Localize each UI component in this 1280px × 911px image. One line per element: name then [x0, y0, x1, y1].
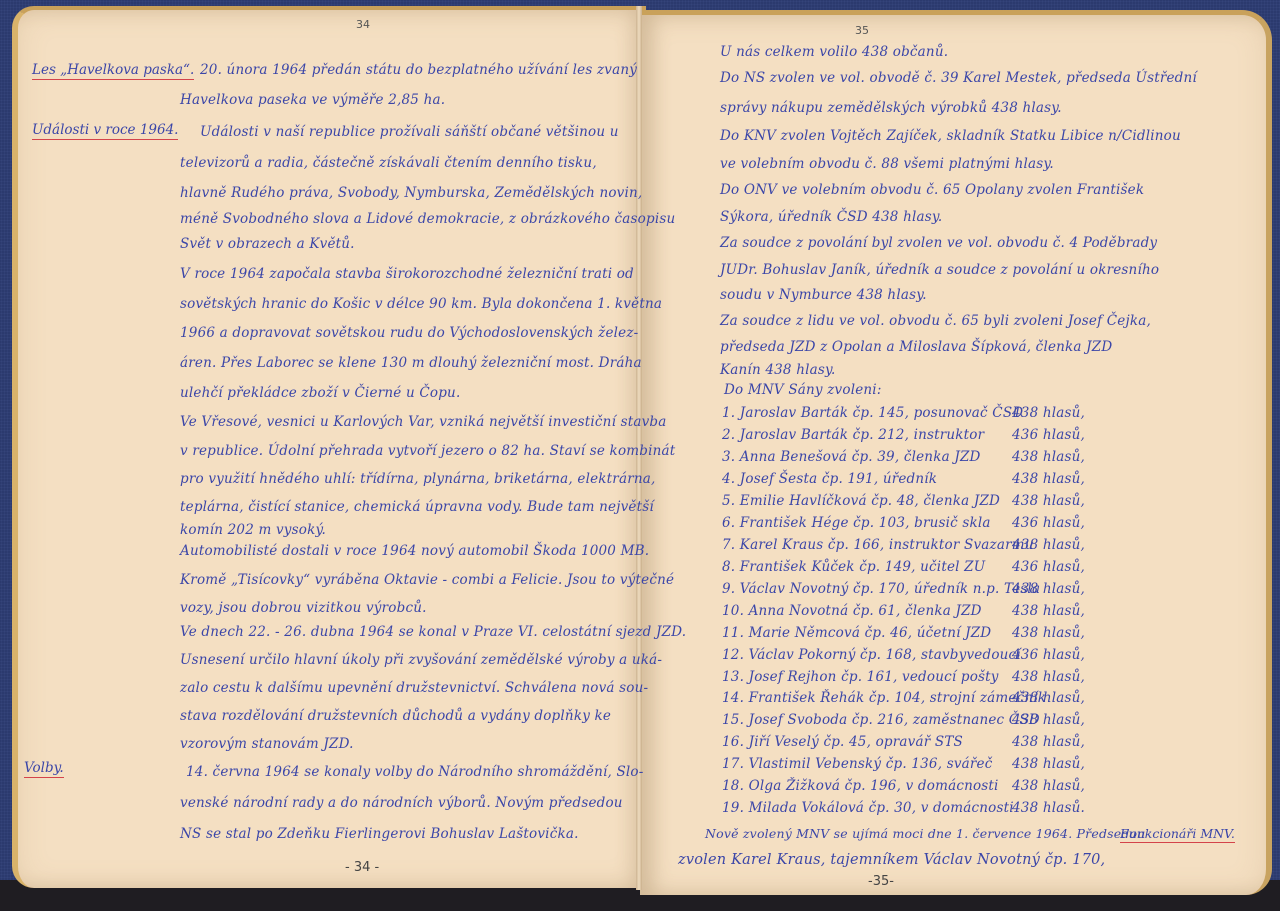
list-item: 17. Vlastimil Vebenský čp. 136, svářeč [722, 756, 993, 772]
votes: 438 hlasů, [1012, 669, 1085, 685]
text-line: Havelkova paseka ve výměře 2,85 ha. [180, 92, 445, 108]
votes: 436 hlasů, [1012, 427, 1085, 443]
text-line: komín 202 m vysoký. [180, 522, 326, 538]
text-line: Do KNV zvolen Vojtěch Zajíček, skladník … [720, 128, 1181, 144]
text-line: venské národní rady a do národních výbor… [180, 795, 623, 811]
list-item: 13. Josef Rejhon čp. 161, vedoucí pošty [722, 669, 999, 685]
text-line: televizorů a radia, částečně získávali č… [180, 155, 597, 171]
text-line: správy nákupu zemědělských výrobků 438 h… [720, 100, 1062, 116]
text-line: Události v naší republice prožívali sáňš… [200, 124, 619, 140]
text-line: Do ONV ve volebním obvodu č. 65 Opolany … [720, 182, 1144, 198]
votes: 438 hlasů, [1012, 581, 1085, 597]
text-line: ulehčí překládce zboží v Čierné u Čopu. [180, 385, 460, 401]
text-line: Nově zvolený MNV se ujímá moci dne 1. če… [705, 826, 1146, 841]
votes: 438 hlasů, [1012, 734, 1085, 750]
text-line: V roce 1964 započala stavba širokorozcho… [180, 266, 634, 282]
votes: 438 hlasů, [1012, 690, 1085, 706]
list-item: 18. Olga Žižková čp. 196, v domácnosti [722, 778, 999, 794]
list-item: 5. Emilie Havlíčková čp. 48, členka JZD [722, 493, 1000, 509]
text-line: vzorovým stanovám JZD. [180, 736, 354, 752]
list-item: 1. Jaroslav Barták čp. 145, posunovač ČS… [722, 405, 1023, 421]
votes: 438 hlasů, [1012, 778, 1085, 794]
votes: 438 hlasů, [1012, 537, 1085, 553]
text-line: áren. Přes Laborec se klene 130 m dlouhý… [180, 355, 642, 371]
text-line: ve volebním obvodu č. 88 všemi platnými … [720, 156, 1054, 172]
text-line: 1966 a dopravovat sovětskou rudu do Vých… [180, 325, 638, 341]
list-item: 7. Karel Kraus čp. 166, instruktor Svaza… [722, 537, 1034, 553]
list-item: 11. Marie Němcová čp. 46, účetní JZD [722, 625, 991, 641]
text-line: 20. února 1964 předán státu do bezplatné… [200, 62, 637, 78]
text-line: NS se stal po Zdeňku Fierlingerovi Bohus… [180, 826, 579, 842]
text-line: Za soudce z povolání byl zvolen ve vol. … [720, 235, 1157, 251]
text-line: Usnesení určilo hlavní úkoly při zvyšová… [180, 652, 662, 668]
text-line: Ve dnech 22. - 26. dubna 1964 se konal v… [180, 624, 686, 640]
right-page-number-bottom: -35- [868, 874, 894, 889]
text-line: stava rozdělování družstevních důchodů a… [180, 708, 611, 724]
list-item: 8. František Kůček čp. 149, učitel ZU [722, 559, 985, 575]
votes: 438 hlasů, [1012, 625, 1085, 641]
text-line: v republice. Údolní přehrada vytvoří jez… [180, 443, 675, 459]
text-line: zvolen Karel Kraus, tajemníkem Václav No… [678, 852, 1105, 868]
text-line: JUDr. Bohuslav Janík, úředník a soudce z… [720, 262, 1159, 278]
margin-heading-funkcionari: Funkcionáři MNV. [1120, 826, 1235, 843]
left-page-number-bottom: - 34 - [345, 860, 379, 875]
text-line: pro využití hnědého uhlí: třídírna, plyn… [180, 471, 655, 487]
list-item: 2. Jaroslav Barták čp. 212, instruktor [722, 427, 984, 443]
votes: 438 hlasů, [1012, 603, 1085, 619]
votes: 436 hlasů, [1012, 559, 1085, 575]
votes: 436 hlasů, [1012, 647, 1085, 663]
list-item: 15. Josef Svoboda čp. 216, zaměstnanec Č… [722, 712, 1040, 728]
votes: 436 hlasů, [1012, 515, 1085, 531]
text-line: soudu v Nymburce 438 hlasy. [720, 287, 927, 303]
text-line: Svět v obrazech a Květů. [180, 236, 355, 252]
list-item: 12. Václav Pokorný čp. 168, stavbyvedouc… [722, 647, 1021, 663]
text-line: Do MNV Sány zvoleni: [724, 382, 882, 398]
list-item: 16. Jiří Veselý čp. 45, opravář STS [722, 734, 963, 750]
margin-heading-volby: Volby. [24, 760, 64, 778]
votes: 438 hlasů, [1012, 449, 1085, 465]
text-line: Kromě „Tisícovky“ vyráběna Oktavie - com… [180, 572, 674, 588]
list-item: 4. Josef Šesta čp. 191, úředník [722, 471, 937, 487]
margin-heading-udalosti: Události v roce 1964. [32, 122, 178, 140]
text-line: Automobilisté dostali v roce 1964 nový a… [180, 543, 649, 559]
text-line: U nás celkem volilo 438 občanů. [720, 44, 948, 60]
votes: 438 hlasů. [1012, 800, 1085, 816]
list-item: 19. Milada Vokálová čp. 30, v domácnosti [722, 800, 1014, 816]
text-line: Kanín 438 hlasy. [720, 362, 836, 378]
right-page-number-top: 35 [855, 24, 869, 37]
text-line: vozy, jsou dobrou vizitkou výrobců. [180, 600, 427, 616]
votes: 438 hlasů, [1012, 471, 1085, 487]
text-line: méně Svobodného slova a Lidové demokraci… [180, 211, 675, 227]
list-item: 14. František Řehák čp. 104, strojní zám… [722, 690, 1046, 706]
text-line: Do NS zvolen ve vol. obvodě č. 39 Karel … [720, 70, 1197, 86]
list-item: 3. Anna Benešová čp. 39, členka JZD [722, 449, 981, 465]
list-item: 6. František Hége čp. 103, brusič skla [722, 515, 991, 531]
list-item: 9. Václav Novotný čp. 170, úředník n.p. … [722, 581, 1040, 597]
text-line: Ve Vřesové, vesnici u Karlových Var, vzn… [180, 414, 667, 430]
text-line: hlavně Rudého práva, Svobody, Nymburska,… [180, 185, 642, 201]
text-line: zalo cestu k dalšímu upevnění družstevni… [180, 680, 648, 696]
text-line: Za soudce z lidu ve vol. obvodu č. 65 by… [720, 313, 1151, 329]
votes: 438 hlasů, [1012, 756, 1085, 772]
list-item: 10. Anna Novotná čp. 61, členka JZD [722, 603, 982, 619]
votes: 438 hlasů, [1012, 712, 1085, 728]
text-line: Sýkora, úředník ČSD 438 hlasy. [720, 209, 942, 225]
votes: 438 hlasů, [1012, 405, 1085, 421]
text-line: teplárna, čistící stanice, chemická úpra… [180, 499, 654, 515]
left-page-number-top: 34 [356, 18, 370, 31]
text-line: 14. června 1964 se konaly volby do Národ… [186, 764, 644, 780]
text-line: předseda JZD z Opolan a Miloslava Šípkov… [720, 339, 1112, 355]
text-line: sovětských hranic do Košic v délce 90 km… [180, 296, 662, 312]
margin-heading-les: Les „Havelkova paska“. [32, 62, 194, 80]
votes: 438 hlasů, [1012, 493, 1085, 509]
